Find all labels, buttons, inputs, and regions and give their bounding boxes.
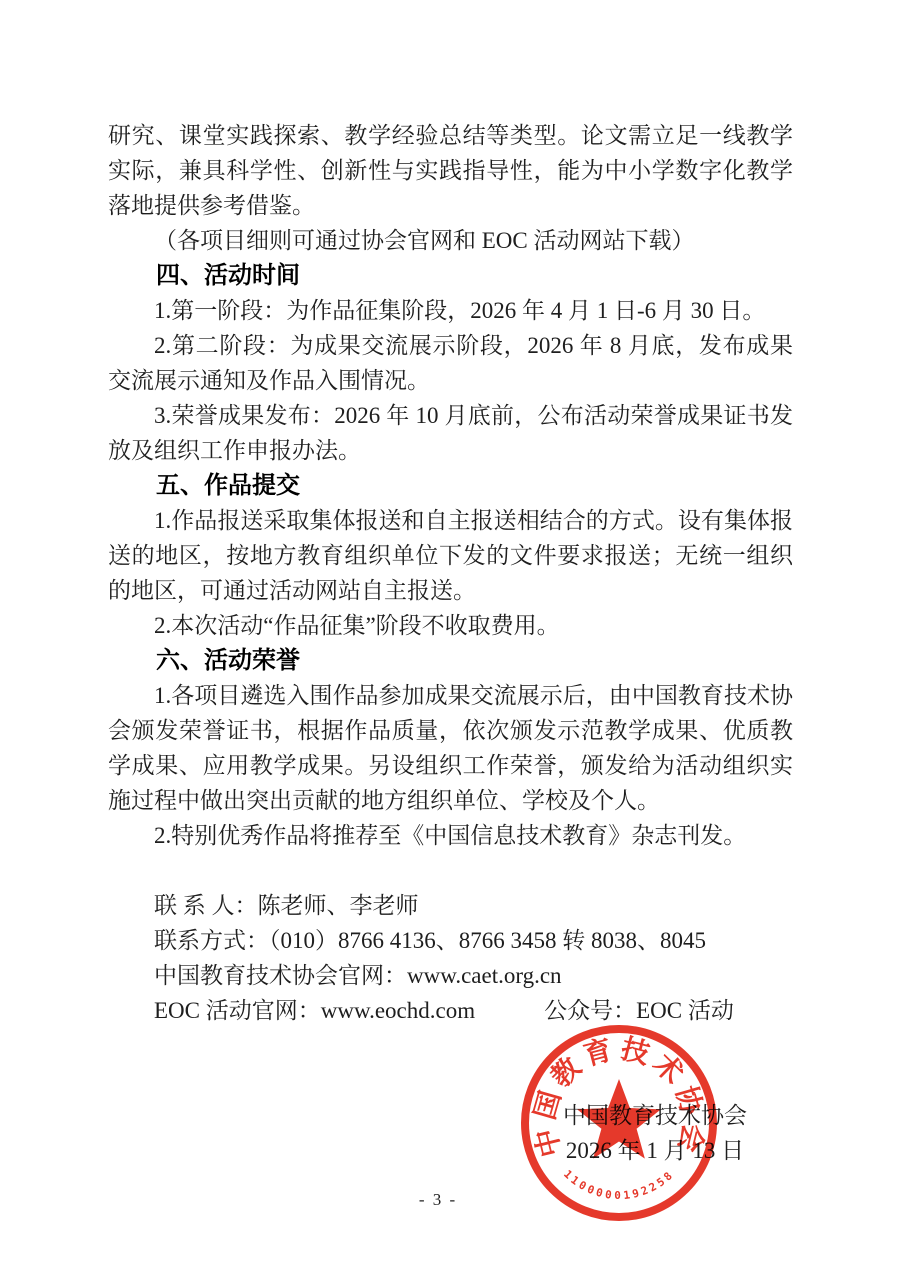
contact-association-website: 中国教育技术协会官网：www.caet.org.cn (108, 958, 793, 993)
signature-org: 中国教育技术协会 (558, 1098, 752, 1133)
paragraph-download-note: （各项目细则可通过协会官网和 EOC 活动网站下载） (108, 223, 793, 258)
paragraph-honors-1: 1.各项目遴选入围作品参加成果交流展示后，由中国教育技术协会颁发荣誉证书，根据作… (108, 678, 793, 818)
paragraph-submission-2: 2.本次活动“作品征集”阶段不收取费用。 (108, 608, 793, 643)
paragraph-stage-2: 2.第二阶段：为成果交流展示阶段，2026 年 8 月底，发布成果交流展示通知及… (108, 328, 793, 398)
contact-phone: 联系方式：（010）8766 4136、8766 3458 转 8038、804… (108, 923, 793, 958)
paragraph-honors-2: 2.特别优秀作品将推荐至《中国信息技术教育》杂志刊发。 (108, 818, 793, 853)
document-page: { "content": { "intro_continuation": "研究… (0, 0, 900, 1273)
section-heading-activity-time: 四、活动时间 (108, 258, 793, 293)
signature-date: 2026 年 1 月 13 日 (558, 1133, 752, 1168)
section-heading-honors: 六、活动荣誉 (108, 643, 793, 678)
paragraph-submission-1: 1.作品报送采取集体报送和自主报送相结合的方式。设有集体报送的地区，按地方教育组… (108, 503, 793, 608)
contact-block: 联 系 人：陈老师、李老师 联系方式：（010）8766 4136、8766 3… (108, 888, 793, 1028)
signature-block: 中国教育技术协会 2026 年 1 月 13 日 (558, 1098, 752, 1168)
contact-eoc-website-and-account: EOC 活动官网：www.eochd.com 公众号：EOC 活动 (108, 993, 793, 1028)
paragraph-stage-1: 1.第一阶段：为作品征集阶段，2026 年 4 月 1 日-6 月 30 日。 (108, 293, 793, 328)
paragraph-intro-continuation: 研究、课堂实践探索、教学经验总结等类型。论文需立足一线教学实际，兼具科学性、创新… (108, 118, 793, 223)
document-body: 研究、课堂实践探索、教学经验总结等类型。论文需立足一线教学实际，兼具科学性、创新… (108, 118, 793, 1028)
contact-person: 联 系 人：陈老师、李老师 (108, 888, 793, 923)
section-heading-submission: 五、作品提交 (108, 468, 793, 503)
page-number: - 3 - (0, 1186, 876, 1214)
paragraph-stage-3: 3.荣誉成果发布：2026 年 10 月底前，公布活动荣誉成果证书发放及组织工作… (108, 398, 793, 468)
